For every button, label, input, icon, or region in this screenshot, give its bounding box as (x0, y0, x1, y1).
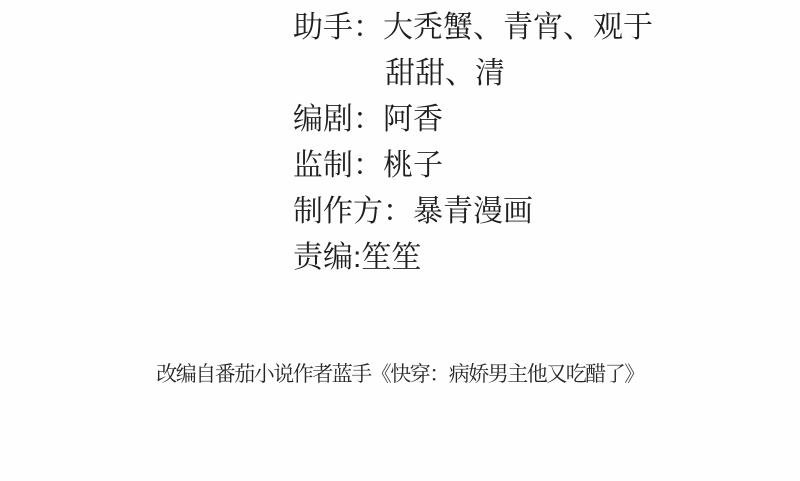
credits-block: 助手：大秃蟹、青宵、观于 甜甜、清 编剧：阿香 监制：桃子 制作方：暴青漫画 责… (293, 5, 653, 281)
adaptation-source-note: 改编自番茄小说作者蓝手《快穿：病娇男主他又吃醋了》 (0, 362, 800, 388)
credit-line-screenwriter: 编剧：阿香 (293, 97, 653, 143)
credit-line-assistant: 助手：大秃蟹、青宵、观于 (293, 5, 653, 51)
credit-line-supervisor: 监制：桃子 (293, 143, 653, 189)
credit-line-production-company: 制作方：暴青漫画 (293, 189, 653, 235)
credit-line-assistant-continued: 甜甜、清 (293, 51, 653, 97)
credit-line-responsible-editor: 责编:笙笙 (293, 235, 653, 281)
comic-credits-page: 助手：大秃蟹、青宵、观于 甜甜、清 编剧：阿香 监制：桃子 制作方：暴青漫画 责… (0, 0, 800, 481)
